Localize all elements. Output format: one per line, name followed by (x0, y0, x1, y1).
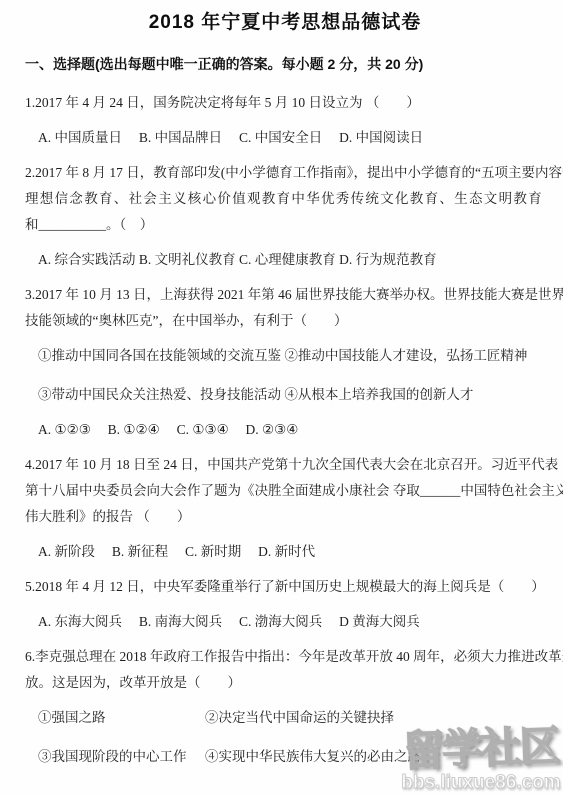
exam-paper: 2018 年宁夏中考思想品德试卷 一、选择题(选出每题中唯一正确的答案。每小题 … (0, 0, 563, 770)
question-2-stem-line-1: 2.2017 年 8 月 17 日，教育部印发(中小学德育工作指南》，提出中小学… (25, 160, 545, 186)
section-heading: 一、选择题(选出每题中唯一正确的答案。每小题 2 分，共 20 分) (25, 54, 545, 74)
question-3: 3.2017 年 10 月 13 日，上海获得 2021 年第 46 届世界技能… (25, 282, 545, 443)
question-6-item-2: ②决定当代中国命运的关键抉择 (205, 705, 545, 731)
question-1: 1.2017 年 4 月 24 日，国务院决定将每年 5 月 10 日设立为 （… (25, 90, 545, 151)
question-4-stem-line-1: 4.2017 年 10 月 18 日至 24 日，中国共产党第十九次全国代表大会… (25, 452, 545, 478)
question-6-stem-line-1: 6.李克强总理在 2018 年政府工作报告中指出：今年是改革开放 40 周年，必… (25, 644, 545, 670)
question-3-stem-line-2: 技能领域的“奥林匹克”，在中国举办，有利于（ ） (25, 308, 545, 334)
question-4-options: A. 新阶段 B. 新征程 C. 新时期 D. 新时代 (25, 539, 545, 565)
question-6-subitems-row-1: ①强国之路 ②决定当代中国命运的关键抉择 (25, 705, 545, 731)
question-6-subitems-row-2: ③我国现阶段的中心工作 ④实现中华民族伟大复兴的必由之路 (25, 744, 545, 770)
question-6-stem-line-2: 放。这是因为，改革开放是（ ） (25, 670, 545, 696)
question-2-options: A. 综合实践活动 B. 文明礼仪教育 C. 心理健康教育 D. 行为规范教育 (25, 247, 545, 273)
watermark-site-url: bbs.liuxue86.com (401, 773, 561, 793)
question-2-stem-line-3: 和__________。（ ） (25, 212, 545, 238)
question-4-stem-line-2: 第十八届中央委员会向大会作了题为《决胜全面建成小康社会 夺取______中国特色… (25, 478, 545, 504)
question-4-stem-line-3: 伟大胜利》的报告 （ ） (25, 504, 545, 530)
question-3-subitems-2: ③带动中国民众关注热爱、投身技能活动 ④从根本上培养我国的创新人才 (25, 382, 545, 408)
question-5-stem: 5.2018 年 4 月 12 日，中央军委隆重举行了新中国历史上规模最大的海上… (25, 574, 545, 600)
question-5-options: A. 东海大阅兵 B. 南海大阅兵 C. 渤海大阅兵 D 黄海大阅兵 (25, 609, 545, 635)
question-1-options: A. 中国质量日 B. 中国品牌日 C. 中国安全日 D. 中国阅读日 (25, 125, 545, 151)
question-1-stem: 1.2017 年 4 月 24 日，国务院决定将每年 5 月 10 日设立为 （… (25, 90, 545, 116)
question-4: 4.2017 年 10 月 18 日至 24 日，中国共产党第十九次全国代表大会… (25, 452, 545, 565)
question-3-stem-line-1: 3.2017 年 10 月 13 日，上海获得 2021 年第 46 届世界技能… (25, 282, 545, 308)
question-2: 2.2017 年 8 月 17 日，教育部印发(中小学德育工作指南》，提出中小学… (25, 160, 545, 273)
question-6-item-1: ①强国之路 (38, 705, 205, 731)
question-3-subitems-1: ①推动中国同各国在技能领域的交流互鉴 ②推动中国技能人才建设，弘扬工匠精神 (25, 343, 545, 369)
question-6-item-4: ④实现中华民族伟大复兴的必由之路 (205, 744, 545, 770)
question-6-item-3: ③我国现阶段的中心工作 (38, 744, 205, 770)
question-6: 6.李克强总理在 2018 年政府工作报告中指出：今年是改革开放 40 周年，必… (25, 644, 545, 770)
exam-title: 2018 年宁夏中考思想品德试卷 (25, 10, 545, 36)
question-2-stem-line-2: 理想信念教育、社会主义核心价值观教育中华优秀传统文化教育、生态文明教育 (25, 186, 545, 212)
question-5: 5.2018 年 4 月 12 日，中央军委隆重举行了新中国历史上规模最大的海上… (25, 574, 545, 635)
question-3-options: A. ①②③ B. ①②④ C. ①③④ D. ②③④ (25, 417, 545, 443)
